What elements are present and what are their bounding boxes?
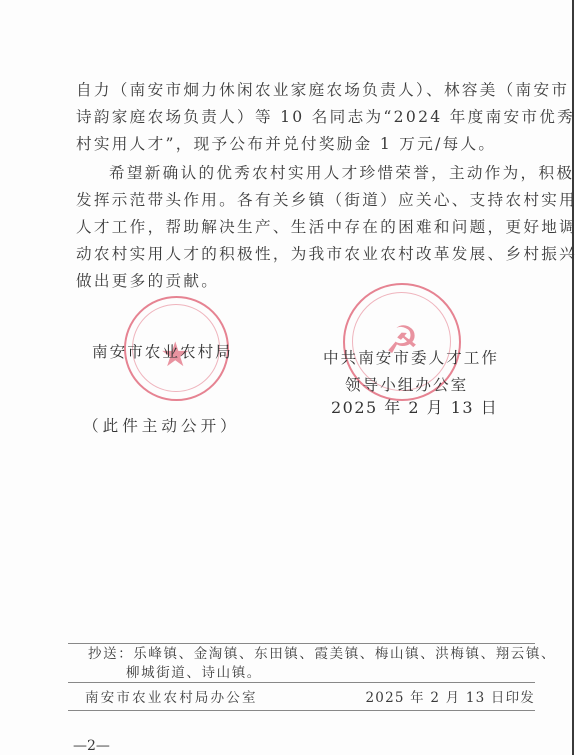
paragraph-line: 发挥示范带头作用。各有关乡镇（街道）应关心、支持农村实用 [76, 187, 516, 214]
page-number: —2— [73, 738, 110, 754]
paragraph-line: 村实用人才”，现予公布并兑付奖励金 1 万元/每人。 [76, 131, 516, 158]
paragraph-line: 自力（南安市炯力休闲农业家庭农场负责人）、林容美（南安市 [76, 77, 516, 104]
paragraph-line: 做出更多的贡献。 [76, 268, 516, 295]
body-paragraph-1: 自力（南安市炯力休闲农业家庭农场负责人）、林容美（南安市 诗韵家庭农场负责人）等… [76, 77, 516, 158]
signature-right-org-line2: 领导小组办公室 [345, 373, 468, 395]
cc-line-1: 抄送：乐峰镇、金淘镇、东田镇、霞美镇、梅山镇、洪梅镇、翔云镇、 [88, 646, 556, 662]
issuing-office: 南安市农业农村局办公室 [85, 686, 258, 706]
signature-date: 2025 年 2 月 13 日 [331, 395, 498, 418]
signature-right-org-line1: 中共南安市委人才工作 [323, 346, 499, 368]
paragraph-line: 动农村实用人才的积极性，为我市农业农村改革发展、乡村振兴 [76, 241, 516, 268]
paragraph-line: 希望新确认的优秀农村实用人才珍惜荣誉，主动作为，积极 [76, 160, 516, 187]
body-paragraph-2: 希望新确认的优秀农村实用人才珍惜荣誉，主动作为，积极 发挥示范带头作用。各有关乡… [76, 160, 516, 295]
cc-line-2: 柳城街道、诗山镇。 [88, 664, 556, 683]
divider [68, 710, 535, 711]
signature-left-org: 南安市农业农村局 [92, 340, 233, 362]
public-disclosure-note: （此件主动公开） [83, 414, 240, 436]
divider [68, 643, 535, 644]
print-date: 2025 年 2 月 13 日印发 [366, 686, 535, 706]
paragraph-line: 诗韵家庭农场负责人）等 10 名同志为“2024 年度南安市优秀农 [76, 104, 516, 131]
cc-list: 抄送：乐峰镇、金淘镇、东田镇、霞美镇、梅山镇、洪梅镇、翔云镇、 柳城街道、诗山镇… [88, 645, 556, 683]
divider [68, 682, 535, 683]
paragraph-line: 人才工作，帮助解决生产、生活中存在的困难和问题，更好地调 [76, 214, 516, 241]
